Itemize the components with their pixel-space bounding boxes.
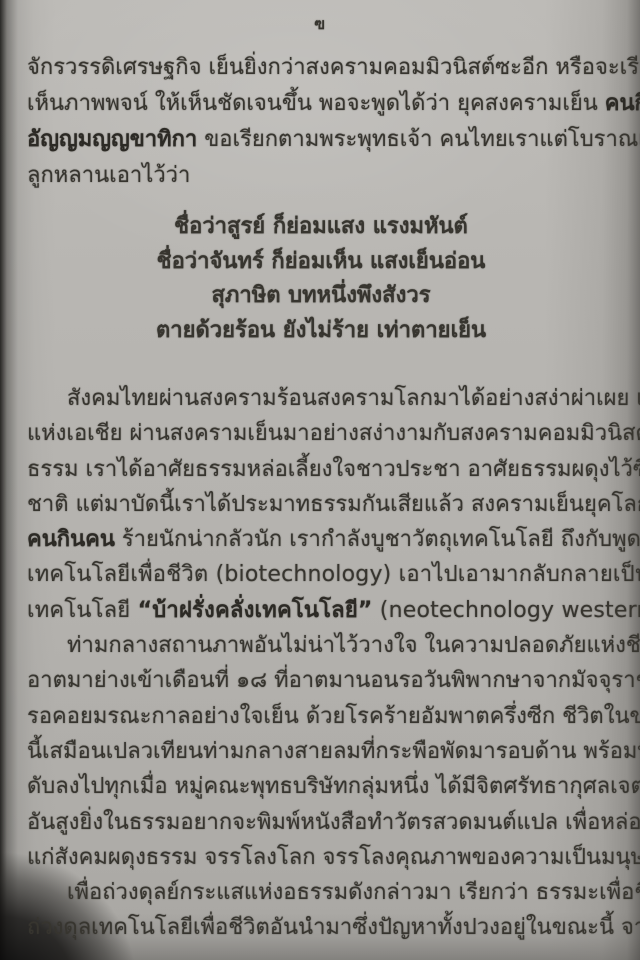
body-paragraph-3: เพื่อถ่วงดุลย์กระแสแห่งอธรรมดังกล่าวมา เ… bbox=[27, 875, 615, 946]
text-run: เห็นภาพพจน์ ให้เห็นชัดเจนขึ้น พอจะพูดได้… bbox=[27, 91, 605, 116]
text-line: สังคมไทยผ่านสงครามร้อนสงครามโลกมาได้อย่า… bbox=[27, 381, 615, 416]
folio-page-number: ฃ bbox=[0, 12, 640, 36]
text-line: รอคอยมรณะกาลอย่างใจเย็น ด้วยโรคร้ายอัมพา… bbox=[27, 699, 615, 734]
opening-paragraph: จักรวรรดิเศรษฐกิจ เย็นยิ่งกว่าสงครามคอมม… bbox=[27, 50, 615, 194]
text-run: ขอเรียกตามพระพุทธเจ้า คนไทยเราแต่โบราณเค… bbox=[197, 127, 640, 152]
text-line: คนกินคน ร้ายนักน่ากลัวนัก เรากำลังบูชาวั… bbox=[27, 522, 615, 557]
bold-term: คนกินคน bbox=[605, 91, 640, 116]
body-text: สังคมไทยผ่านสงครามร้อนสงครามโลกมาได้อย่า… bbox=[27, 381, 615, 946]
text-line: อาตมาย่างเข้าเดือนที่ ๑๘ ที่อาตมานอนรอวั… bbox=[27, 663, 615, 698]
body-paragraph-1: สังคมไทยผ่านสงครามร้อนสงครามโลกมาได้อย่า… bbox=[27, 381, 615, 628]
text-run: (neotechnology westernlizations) bbox=[373, 598, 640, 623]
text-line: ถ่วงดุลเทคโนโลยีเพื่อชีวิตอันนำมาซึ่งปัญ… bbox=[27, 910, 615, 945]
text-line: อัญญมญญขาทิกา ขอเรียกตามพระพุทธเจ้า คนไท… bbox=[27, 122, 615, 158]
body-paragraph-2: ท่ามกลางสถานภาพอันไม่น่าไว้วางใจ ในความป… bbox=[27, 628, 615, 875]
text-line: ท่ามกลางสถานภาพอันไม่น่าไว้วางใจ ในความป… bbox=[27, 628, 615, 663]
verse-line: ชื่อว่าจันทร์ ก็ย่อมเห็น แสงเย็นอ่อน bbox=[27, 245, 615, 280]
text-run: ร้ายนักน่ากลัวนัก เรากำลังบูชาวัตถุเทคโน… bbox=[115, 527, 640, 552]
text-line: เห็นภาพพจน์ ให้เห็นชัดเจนขึ้น พอจะพูดได้… bbox=[27, 86, 615, 122]
text-line: เทคโนโลยีเพื่อชีวิต (biotechnology) เอาไ… bbox=[27, 557, 615, 592]
text-line: ชาติ แต่มาบัดนี้เราได้ประมาทธรรมกันเสียแ… bbox=[27, 487, 615, 522]
verse-line: ชื่อว่าสูรย์ ก็ย่อมแสง แรงมหันต์ bbox=[27, 210, 615, 245]
text-line: เพื่อถ่วงดุลย์กระแสแห่งอธรรมดังกล่าวมา เ… bbox=[27, 875, 615, 910]
text-line: แก่สังคมผดุงธรรม จรรโลงโลก จรรโลงคุณภาพข… bbox=[27, 840, 615, 875]
text-run: เทคโนโลยี bbox=[27, 598, 138, 623]
book-page-photo: ฃ จักรวรรดิเศรษฐกิจ เย็นยิ่งกว่าสงครามคอ… bbox=[0, 0, 640, 960]
bold-quoted-term: “บ้าฝรั่งคลั่งเทคโนโลยี” bbox=[138, 598, 373, 623]
text-line: จักรวรรดิเศรษฐกิจ เย็นยิ่งกว่าสงครามคอมม… bbox=[27, 50, 615, 86]
text-line: ลูกหลานเอาไว้ว่า bbox=[27, 158, 615, 194]
text-line: ดับลงไปทุกเมื่อ หมู่คณะพุทธบริษัทกลุ่มหน… bbox=[27, 769, 615, 804]
verse-line: ตายด้วยร้อน ยังไม่ร้าย เท่าตายเย็น bbox=[27, 314, 615, 349]
text-line: นี้เสมือนเปลวเทียนท่ามกลางสายลมที่กระพือ… bbox=[27, 734, 615, 769]
bold-term: คนกินคน bbox=[27, 527, 115, 552]
text-line: เทคโนโลยี “บ้าฝรั่งคลั่งเทคโนโลยี” (neot… bbox=[27, 593, 615, 628]
text-line: แห่งเอเชีย ผ่านสงครามเย็นมาอย่างสง่างามก… bbox=[27, 416, 615, 451]
text-line: อันสูงยิ่งในธรรมอยากจะพิมพ์หนังสือทำวัตร… bbox=[27, 805, 615, 840]
verse-line: สุภาษิต บทหนึ่งพึงสังวร bbox=[27, 279, 615, 314]
bold-term: อัญญมญญขาทิกา bbox=[27, 127, 197, 152]
text-line: ธรรม เราได้อาศัยธรรมหล่อเลี้ยงใจชาวประชา… bbox=[27, 452, 615, 487]
verse-block: ชื่อว่าสูรย์ ก็ย่อมแสง แรงมหันต์ ชื่อว่า… bbox=[27, 210, 615, 348]
